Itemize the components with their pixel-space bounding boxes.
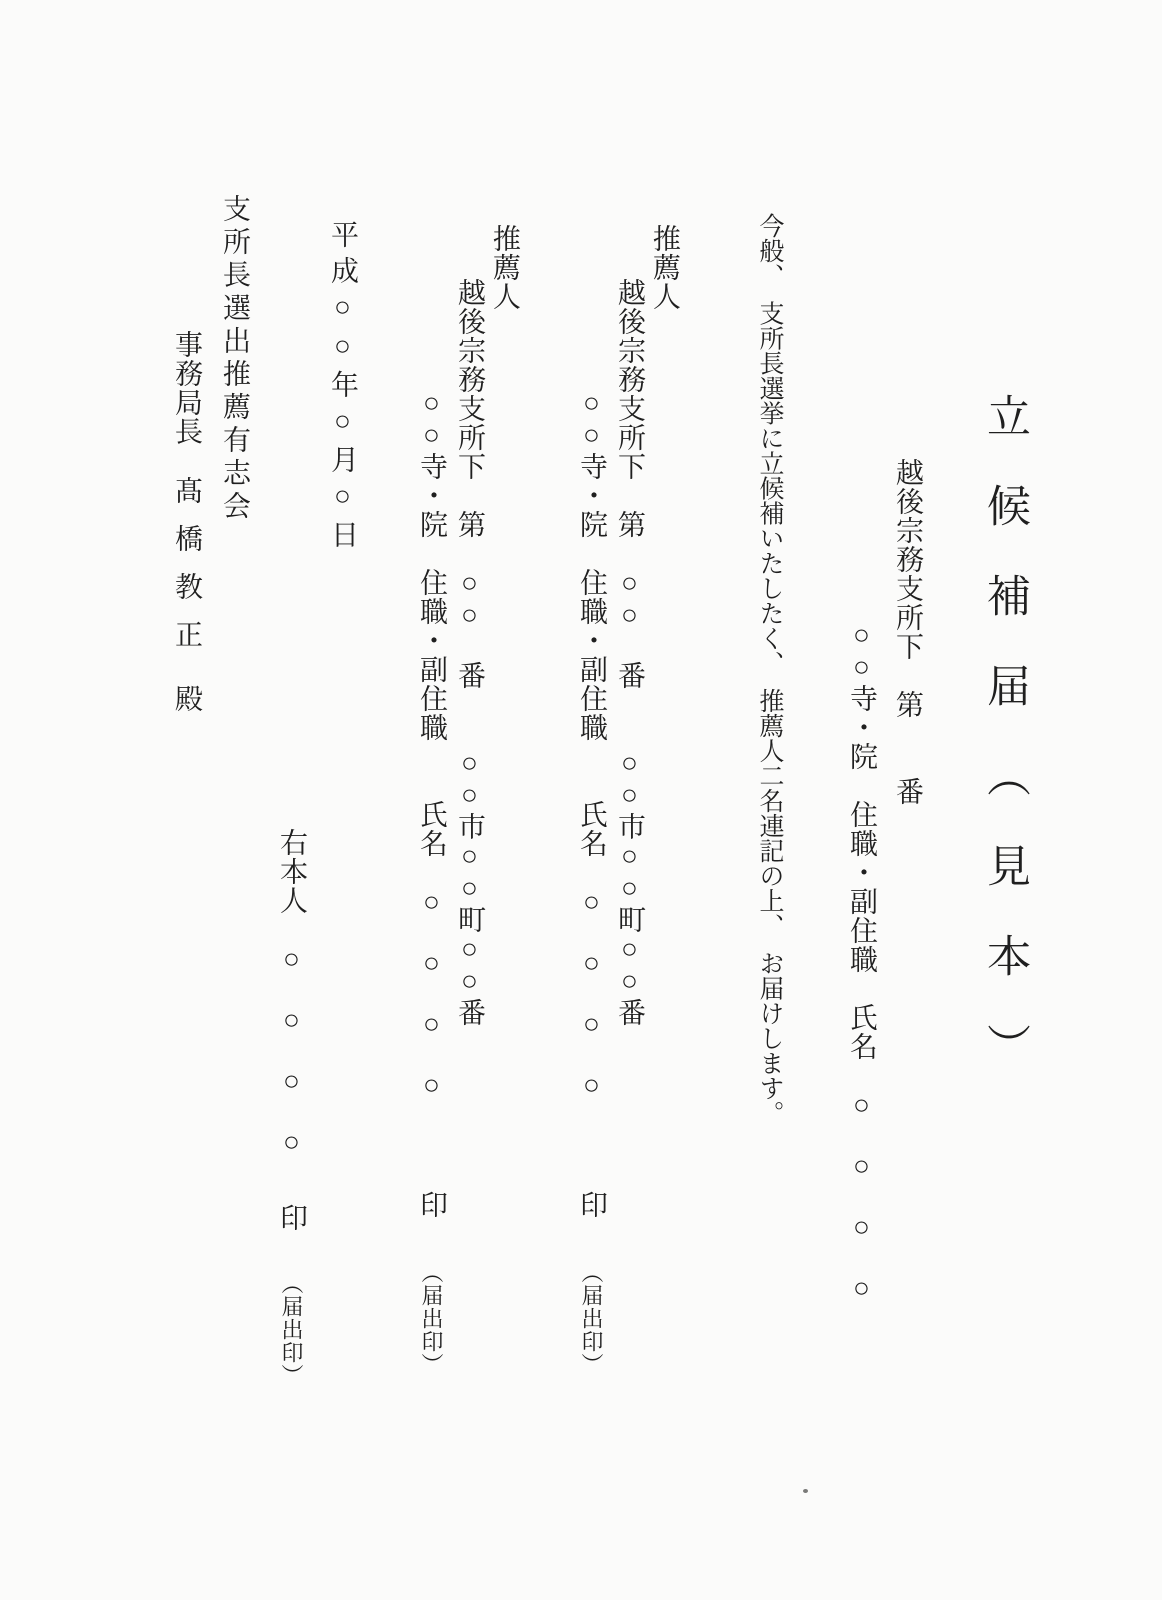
recipient-name: 髙橋教正 [171, 446, 202, 668]
recipient-line: 事務局長髙橋教正殿 [170, 330, 202, 713]
principal-signature-line: 右本人 ○ ○ ○ ○印（届出印） [275, 828, 307, 1387]
recipient-organization: 支所長選出推薦有志会 [218, 194, 250, 524]
recommender-2-seal-note: （届出印） [419, 1219, 444, 1376]
page-title: 立候補届（見本） [978, 393, 1029, 1113]
recommender-1-label: 推薦人 [648, 224, 680, 311]
recommender-2-temple-name: ○○寺・院 住職・副住職 氏名 ○ ○ ○ ○ [416, 388, 447, 1102]
applicant-district-line: 越後宗務支所下 第 番 [891, 458, 923, 806]
recipient-title: 事務局長 [171, 330, 202, 446]
document-sheet: 立候補届（見本） 越後宗務支所下 第 番 ○○寺・院 住職・副住職 氏名 ○ ○… [0, 0, 1162, 1600]
recommender-2-seal-mark: 印 [416, 1102, 447, 1219]
principal-seal-note: （届出印） [279, 1232, 304, 1387]
recommender-1-district-line: 越後宗務支所下 第 ○○ 番 ○○市○○町○○番 [613, 278, 645, 1027]
recommender-1-signature-line: ○○寺・院 住職・副住職 氏名 ○ ○ ○ ○印（届出印） [575, 388, 607, 1376]
principal-seal-mark: 印 [276, 1159, 307, 1232]
applicant-temple-name-line: ○○寺・院 住職・副住職 氏名 ○ ○ ○ ○ [845, 620, 877, 1305]
recommender-2-district-line: 越後宗務支所下 第 ○○ 番 ○○市○○町○○番 [453, 278, 485, 1027]
recommender-1-seal-note: （届出印） [579, 1219, 604, 1376]
principal-name-line: 右本人 ○ ○ ○ ○ [276, 828, 307, 1159]
recommender-1-temple-name: ○○寺・院 住職・副住職 氏名 ○ ○ ○ ○ [576, 388, 607, 1102]
recipient-honorific: 殿 [171, 668, 202, 713]
date-line: 平成○○年○月○日 [326, 220, 358, 556]
recommender-1-seal-mark: 印 [576, 1102, 607, 1219]
recommender-2-signature-line: ○○寺・院 住職・副住職 氏名 ○ ○ ○ ○印（届出印） [415, 388, 447, 1376]
declaration-text: 今般、 支所長選挙に立候補いたしたく、 推薦人二名連記の上、 お届けします。 [754, 213, 783, 1126]
recommender-2-label: 推薦人 [488, 224, 520, 311]
scan-speck [803, 1489, 808, 1493]
